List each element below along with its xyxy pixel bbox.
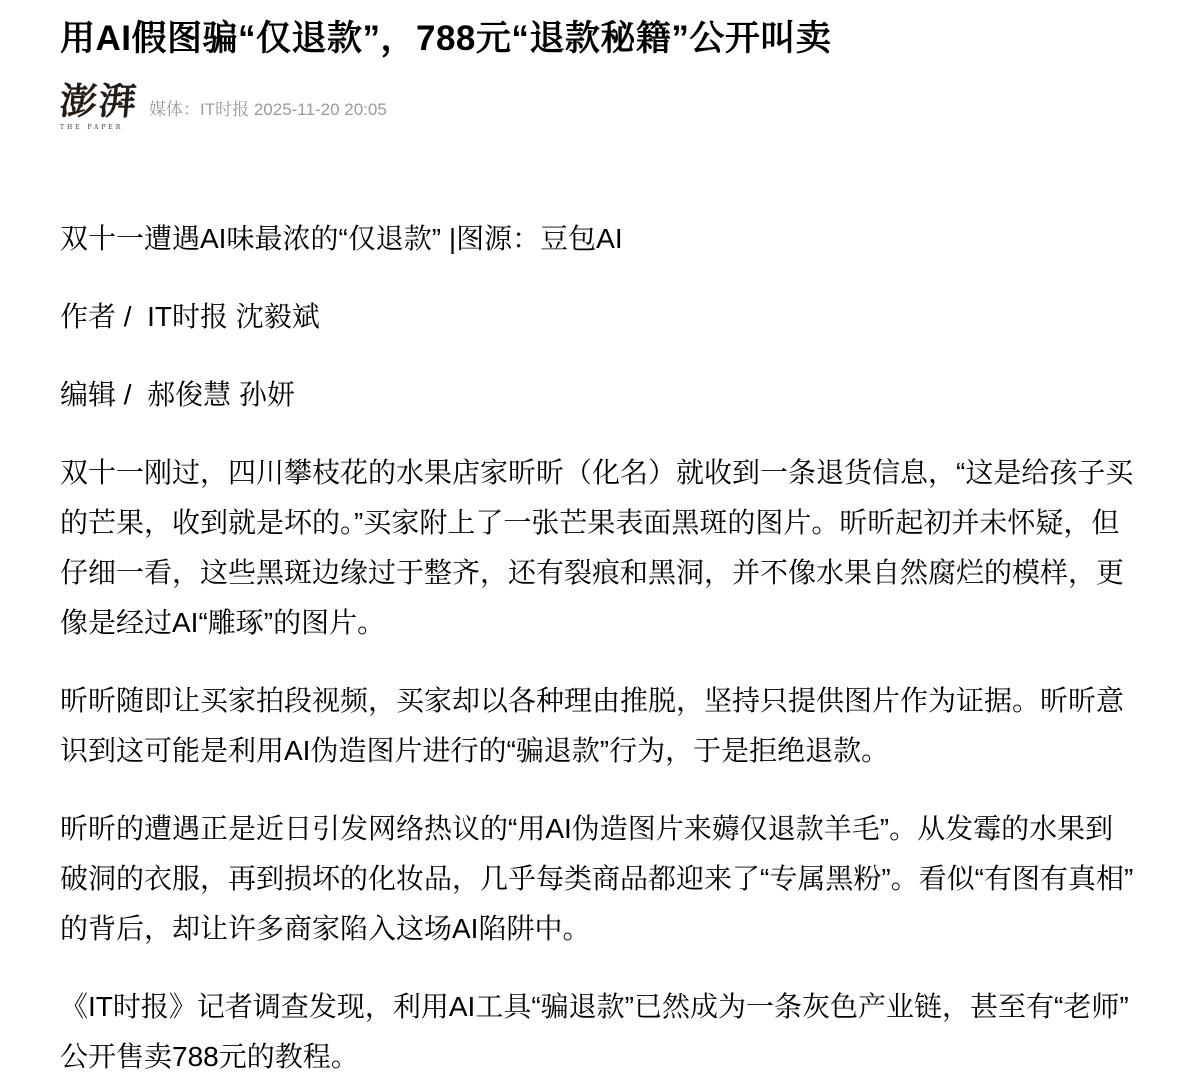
article-page: 用AI假图骗“仅退款”，788元“退款秘籍”公开叫卖 澎湃 THE PAPER … [0,0,1199,1091]
article-title: 用AI假图骗“仅退款”，788元“退款秘籍”公开叫卖 [60,14,1140,63]
paragraph-1: 双十一刚过，四川攀枝花的水果店家昕昕（化名）就收到一条退货信息，“这是给孩子买的… [60,448,1140,648]
source-timestamp-byline: 媒体：IT时报 2025-11-20 20:05 [149,95,387,120]
editor-line: 编辑 / 郝俊慧 孙妍 [60,370,1140,420]
paragraph-2: 昕昕随即让买家拍段视频，买家却以各种理由推脱，坚持只提供图片作为证据。昕昕意识到… [60,676,1140,776]
author-line: 作者 / IT时报 沈毅斌 [60,292,1140,342]
article-body: 双十一遭遇AI味最浓的“仅退款” |图源：豆包AI 作者 / IT时报 沈毅斌 … [60,214,1140,1082]
thepaper-logo-en: THE PAPER [60,124,123,131]
paragraph-4: 《IT时报》记者调查发现，利用AI工具“骗退款”已然成为一条灰色产业链，甚至有“… [60,982,1140,1082]
paragraph-3: 昕昕的遭遇正是近日引发网络热议的“用AI伪造图片来薅仅退款羊毛”。从发霉的水果到… [60,804,1140,954]
article-meta: 澎湃 THE PAPER 媒体：IT时报 2025-11-20 20:05 [60,76,1140,138]
thepaper-logo-cn: 澎湃 [58,83,139,120]
thepaper-logo[interactable]: 澎湃 THE PAPER [60,83,138,131]
image-caption: 双十一遭遇AI味最浓的“仅退款” |图源：豆包AI [60,214,1140,264]
